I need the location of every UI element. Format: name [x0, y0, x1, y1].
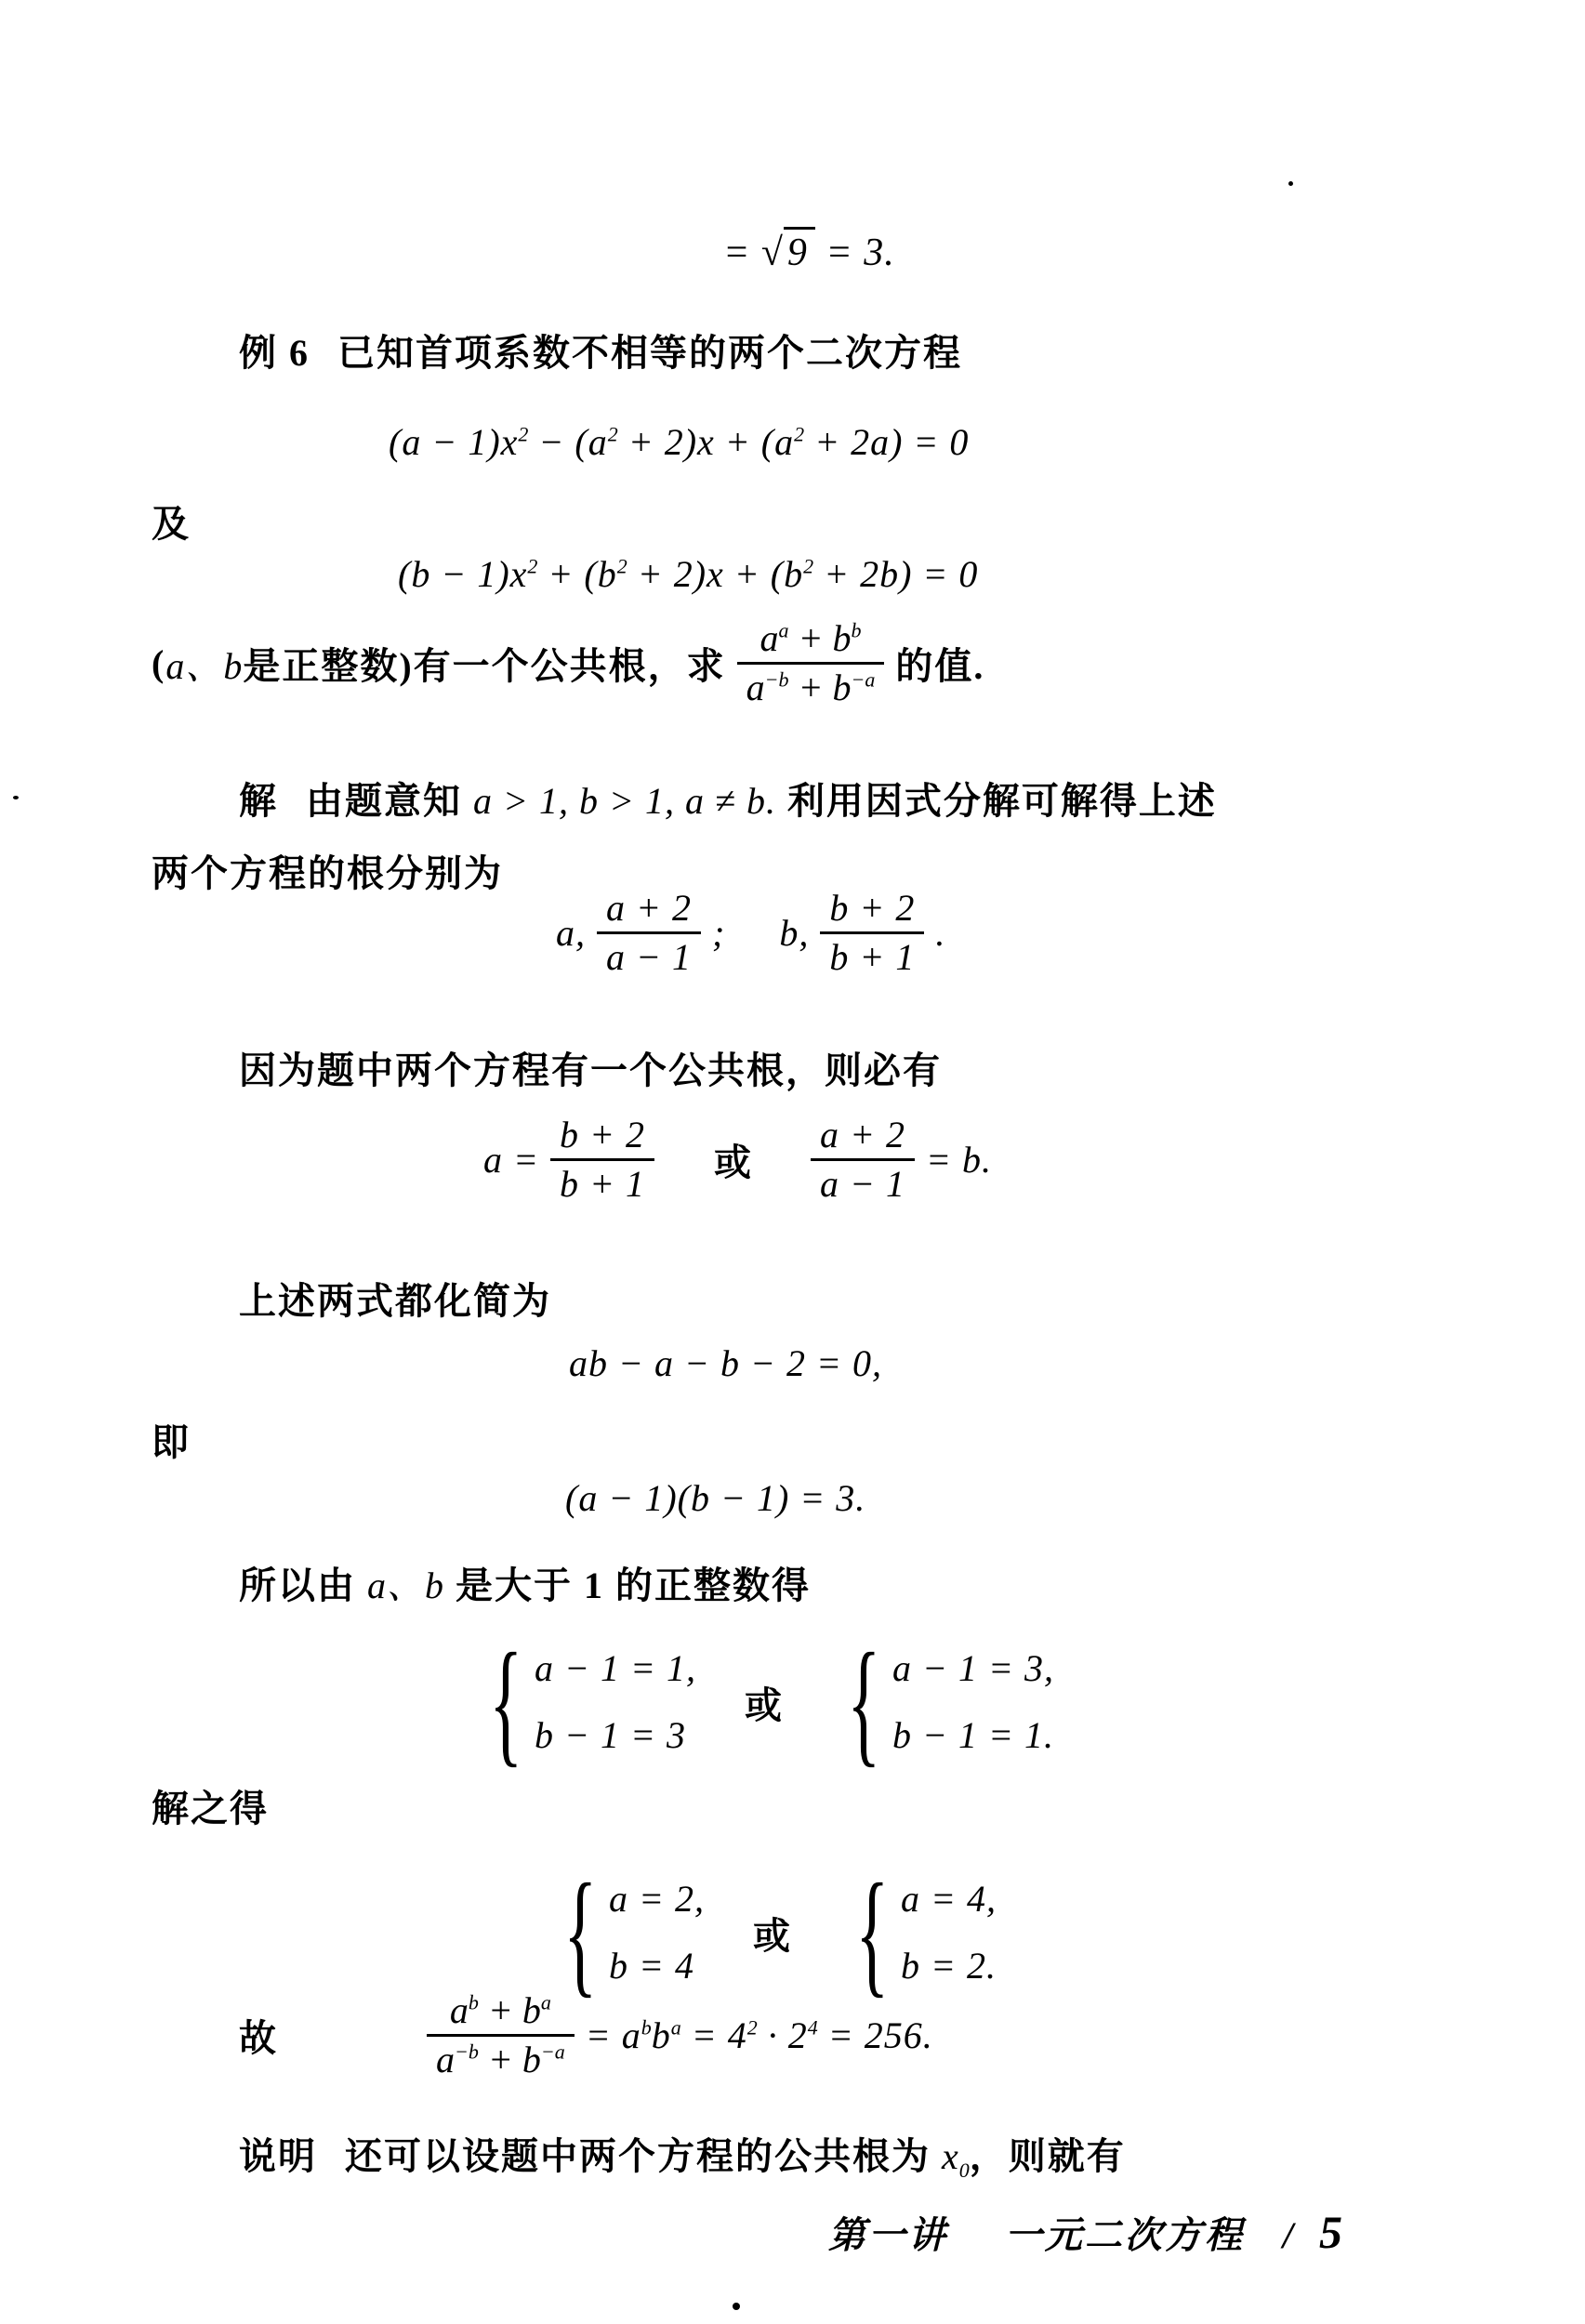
rhs: = b. — [926, 1138, 992, 1182]
system-row: a = 2, — [609, 1866, 705, 1933]
fraction-1: b + 2 b + 1 — [550, 1112, 654, 1208]
note-label: 说明 — [239, 2135, 317, 2177]
exp: b — [852, 619, 862, 642]
system-rows: a = 2, b = 4 — [609, 1866, 705, 2000]
numerator: ab + ba — [427, 1987, 575, 2034]
exp: a — [779, 619, 789, 642]
lhs: a = — [483, 1138, 539, 1182]
root-a-fraction: a + 2 a − 1 — [597, 885, 701, 981]
numerator: a + 2 — [811, 1112, 915, 1158]
thus-label: 故 — [239, 2009, 278, 2062]
equation-factored: (a − 1)(b − 1) = 3. — [565, 1476, 865, 1520]
radicand: 9 — [784, 227, 815, 274]
scan-speck — [1288, 181, 1293, 186]
footer-title: 一元二次方程 — [1005, 2214, 1245, 2256]
eq2-exp: 2 — [803, 555, 813, 578]
equation-1: (a − 1)x2 − (a2 + 2)x + (a2 + 2a) = 0 — [389, 420, 969, 464]
ask-text: 是正整数)有一个公共根，求 — [243, 637, 725, 690]
equation-2: (b − 1)x2 + (b2 + 2)x + (b2 + 2b) = 0 — [398, 552, 978, 596]
term: a — [760, 617, 779, 659]
conclusion-line: 故 ab + ba a−b + b−a = abba = 42 · 24 = 2… — [239, 1987, 933, 2083]
numerator: b + 2 — [550, 1112, 654, 1158]
scan-speck — [733, 2303, 740, 2310]
system-rows: a − 1 = 1, b − 1 = 3 — [535, 1635, 696, 1769]
root-b-fraction: b + 2 b + 1 — [820, 885, 924, 981]
eq1-exp: 2 — [794, 423, 804, 446]
system-2-right: { a = 4, b = 2. — [839, 1863, 997, 2002]
because-text: 因为题中两个方程有一个公共根，则必有 — [239, 1050, 942, 1091]
eq2-part: (b − 1)x — [398, 553, 527, 595]
simplify-line: 上述两式都化简为 — [239, 1272, 551, 1325]
because-line: 因为题中两个方程有一个公共根，则必有 — [239, 1041, 942, 1094]
left-brace: { — [489, 1632, 523, 1772]
left-brace: { — [563, 1863, 598, 2002]
and-word: 及 — [152, 503, 191, 545]
system-1-left: { a − 1 = 1, b − 1 = 3 — [472, 1632, 696, 1772]
denominator: b + 1 — [550, 1158, 654, 1208]
note-post: ，则就有 — [970, 2135, 1126, 2177]
term: a — [436, 2039, 455, 2080]
conclusion-rhs: = abba = 42 · 24 = 256. — [586, 2014, 933, 2057]
solution-post: 利用因式分解可解得上述 — [776, 780, 1217, 822]
term: = 4 — [681, 2014, 747, 2056]
example-text: 已知首项系数不相等的两个二次方程 — [337, 332, 962, 374]
system-rows: a − 1 = 3, b − 1 = 1. — [892, 1635, 1054, 1769]
denominator: a − 1 — [811, 1158, 915, 1208]
exp: −a — [541, 2040, 565, 2064]
numerator: a + 2 — [597, 885, 701, 931]
eq2-exp: 2 — [527, 555, 537, 578]
term: + b — [789, 617, 852, 659]
footer-page-number: 5 — [1319, 2206, 1345, 2258]
scanned-textbook-page: = √9 = 3. 例 6已知首项系数不相等的两个二次方程 (a − 1)x2 … — [0, 0, 1585, 2324]
solve-result-text: 解之得 — [152, 1788, 269, 1829]
term: · 2 — [758, 2014, 808, 2056]
example-heading: 例 6已知首项系数不相等的两个二次方程 — [239, 324, 962, 376]
note-pre: 还可以设题中两个方程的公共根为 — [345, 2135, 942, 2177]
or-word: 或 — [745, 1676, 782, 1729]
exp: −b — [455, 2040, 479, 2064]
equals-post: = 3. — [815, 231, 895, 274]
footer-slash: / — [1283, 2214, 1296, 2256]
exp: a — [671, 2016, 681, 2040]
exp: −b — [765, 668, 789, 692]
term: + b — [479, 1989, 541, 2031]
term: + b — [789, 667, 852, 708]
exp: 2 — [747, 2016, 758, 2040]
so-line: 所以由 a、b 是大于 1 的正整数得 — [239, 1556, 811, 1609]
equation-factored-text: (a − 1)(b − 1) = 3. — [565, 1477, 865, 1519]
solution-line-2: 两个方程的根分别为 — [152, 844, 503, 897]
system-row: b − 1 = 1. — [892, 1702, 1054, 1769]
denominator: a − 1 — [597, 931, 701, 981]
roots-formula: a, a + 2 a − 1 ; b, b + 2 b + 1 . — [556, 885, 945, 981]
eq2-part: + 2b) = 0 — [813, 553, 978, 595]
left-brace: { — [847, 1632, 881, 1772]
fraction-2: a + 2 a − 1 — [811, 1112, 915, 1208]
connector-and: 及 — [152, 495, 191, 548]
eq2-exp: 2 — [617, 555, 627, 578]
so-pre: 所以由 — [239, 1565, 367, 1606]
so-post: 是大于 1 的正整数得 — [444, 1565, 811, 1606]
that-is: 即 — [152, 1413, 191, 1466]
solution-line-1: 解由题意知 a > 1, b > 1, a ≠ b. 利用因式分解可解得上述 — [239, 772, 1217, 825]
eq1-part: + 2a) = 0 — [804, 421, 969, 463]
denominator: b + 1 — [820, 931, 924, 981]
ask-fraction: aa + bb a−b + b−a — [737, 615, 885, 711]
root-b: b, — [779, 911, 809, 955]
solution-line2-text: 两个方程的根分别为 — [152, 852, 503, 894]
solution-label: 解 — [239, 780, 278, 822]
eq1-exp: 2 — [608, 423, 618, 446]
system-rows: a = 4, b = 2. — [901, 1866, 997, 2000]
term: a — [450, 1989, 469, 2031]
exp: 4 — [808, 2016, 818, 2040]
system-row: a = 4, — [901, 1866, 997, 1933]
exp: a — [541, 1991, 551, 2014]
term: a — [746, 667, 765, 708]
so-vars: a、b — [367, 1565, 444, 1606]
eq1-part: − (a — [528, 421, 607, 463]
system-row: a − 1 = 3, — [892, 1635, 1054, 1702]
term: b — [652, 2014, 671, 2056]
example-label: 例 6 — [239, 332, 310, 374]
eq1-part: + 2)x + (a — [618, 421, 794, 463]
term: + b — [479, 2039, 541, 2080]
denominator: a−b + b−a — [427, 2034, 575, 2083]
common-root-formula: a = b + 2 b + 1 或 a + 2 a − 1 = b. — [483, 1112, 992, 1208]
ask-fraction-numerator: aa + bb — [737, 615, 885, 662]
separator: ; — [712, 911, 725, 955]
exp: b — [641, 2016, 652, 2040]
question-line: (a、b 是正整数)有一个公共根，求 aa + bb a−b + b−a 的值. — [152, 615, 984, 711]
ask-vars: a、b — [165, 637, 243, 690]
system-2-left: { a = 2, b = 4 — [547, 1863, 705, 2002]
conclusion-fraction: ab + ba a−b + b−a — [427, 1987, 575, 2083]
or-word: 或 — [714, 1133, 751, 1186]
system-row: a − 1 = 1, — [535, 1635, 696, 1702]
ask-fraction-denominator: a−b + b−a — [737, 662, 885, 711]
period: . — [935, 911, 945, 955]
solve-result-line: 解之得 — [152, 1779, 269, 1832]
note-line: 说明还可以设题中两个方程的公共根为 x0，则就有 — [239, 2127, 1126, 2180]
eq1-part: (a − 1)x — [389, 421, 518, 463]
var-x: x — [942, 2135, 959, 2177]
radical-icon: √ — [761, 231, 784, 274]
system-2: { a = 2, b = 4 或 { a = 4, b = 2. — [547, 1863, 997, 2002]
or-word: 或 — [753, 1907, 790, 1960]
equation-ab: ab − a − b − 2 = 0, — [569, 1341, 882, 1385]
page-footer: 第一讲 一元二次方程 / 5 — [828, 2205, 1345, 2259]
system-1: { a − 1 = 1, b − 1 = 3 或 { a − 1 = 3, b … — [472, 1632, 1054, 1772]
numerator: b + 2 — [820, 885, 924, 931]
var-x-subscript: 0 — [959, 2159, 970, 2182]
eq1-exp: 2 — [518, 423, 528, 446]
ask-suffix: 的值. — [895, 637, 984, 690]
left-brace: { — [855, 1863, 890, 2002]
system-row: b − 1 = 3 — [535, 1702, 696, 1769]
system-1-right: { a − 1 = 3, b − 1 = 1. — [830, 1632, 1054, 1772]
ask-open-paren: ( — [152, 641, 165, 685]
that-is-word: 即 — [152, 1421, 191, 1463]
equals-pre: = — [723, 231, 761, 274]
equation-ab-text: ab − a − b − 2 = 0, — [569, 1342, 882, 1384]
solution-conditions: a > 1, b > 1, a ≠ b. — [473, 780, 776, 822]
exp: −a — [852, 668, 876, 692]
root-a: a, — [556, 911, 586, 955]
scan-speck — [13, 796, 19, 799]
formula-sqrt: = √9 = 3. — [723, 231, 895, 275]
exp: b — [469, 1991, 479, 2014]
term: = a — [586, 2014, 641, 2056]
simplify-text: 上述两式都化简为 — [239, 1280, 551, 1322]
eq2-part: + 2)x + (b — [627, 553, 803, 595]
solution-pre: 由题意知 — [306, 780, 473, 822]
eq2-part: + (b — [537, 553, 616, 595]
term: = 256. — [818, 2014, 933, 2056]
note-var: x0 — [942, 2135, 970, 2177]
footer-chapter: 第一讲 — [828, 2214, 948, 2256]
